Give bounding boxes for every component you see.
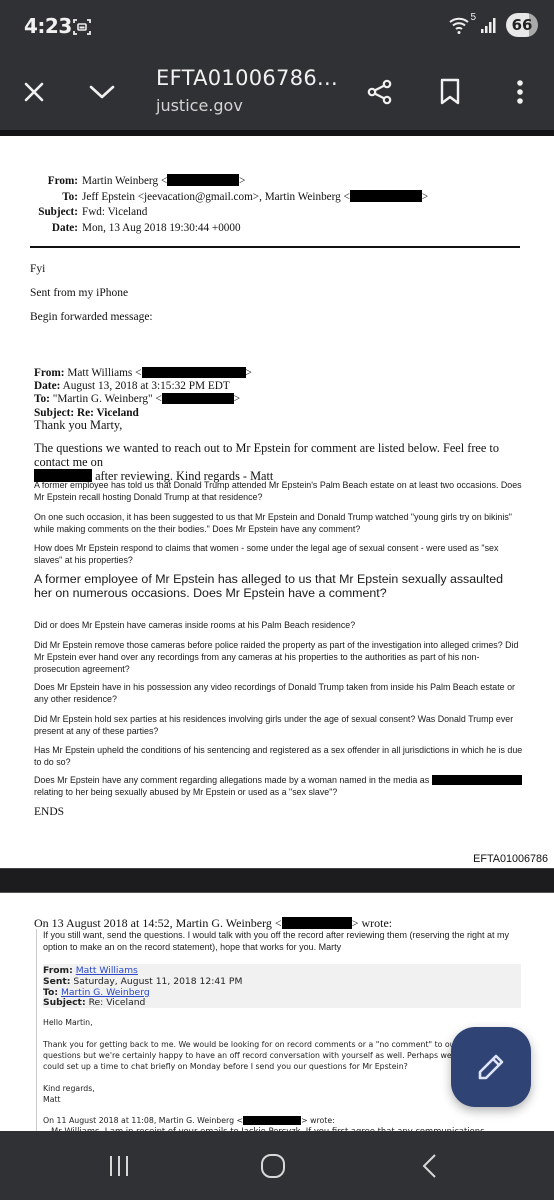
wifi-label: 5	[470, 12, 476, 23]
share-button[interactable]	[360, 72, 400, 112]
edit-fab-button[interactable]	[451, 1027, 531, 1107]
close-icon	[22, 80, 46, 104]
home-icon	[260, 1153, 286, 1179]
from-value: Martin Weinberg <>	[82, 174, 245, 190]
redaction	[350, 190, 422, 202]
page-separator	[0, 868, 554, 893]
question-4: A former employee of Mr Epstein has alle…	[34, 572, 524, 600]
question-3: How does Mr Epstein respond to claims th…	[34, 542, 524, 566]
question-9: Has Mr Epstein upheld the conditions of …	[34, 744, 524, 768]
recent-apps-icon	[107, 1154, 131, 1178]
close-button[interactable]	[14, 72, 54, 112]
redaction	[282, 917, 352, 929]
question-5: Did or does Mr Epstein have cameras insi…	[34, 619, 524, 631]
hello-text: Hello Martin,	[43, 1017, 513, 1028]
chevron-down-icon	[88, 82, 116, 102]
redaction	[243, 1116, 301, 1125]
header-divider	[30, 246, 520, 248]
question-7: Does Mr Epstein have in his possession a…	[34, 681, 524, 705]
bates-number: EFTA01006786	[473, 853, 548, 865]
document-title: EFTA01006786...	[156, 66, 338, 90]
bookmark-icon	[439, 78, 461, 106]
question-1: A former employee has told us that Donal…	[34, 479, 524, 503]
back-button[interactable]	[410, 1151, 450, 1181]
date-label: Date:	[0, 221, 82, 237]
begin-forwarded-text: Begin forwarded message:	[30, 311, 153, 323]
from-link[interactable]: Matt Williams	[76, 965, 138, 976]
status-icons: 5 66	[448, 13, 538, 37]
quoted-thread: If you still want, send the questions. I…	[36, 929, 522, 1155]
battery-icon: 66	[506, 13, 538, 37]
redaction	[167, 174, 239, 186]
kind-regards-text: Kind regards,	[43, 1083, 513, 1094]
back-icon	[421, 1153, 439, 1179]
edit-pencil-icon	[476, 1052, 506, 1082]
subject-value: Fwd: Viceland	[82, 205, 147, 221]
share-icon	[366, 78, 394, 106]
collapse-button[interactable]	[82, 72, 122, 112]
document-domain: justice.gov	[156, 96, 338, 115]
from-label: From:	[0, 174, 82, 190]
wifi-icon	[448, 15, 472, 35]
more-options-button[interactable]	[500, 72, 540, 112]
to-value: Jeff Epstein <jeevacation@gmail.com>, Ma…	[82, 190, 428, 206]
recent-apps-button[interactable]	[99, 1151, 139, 1181]
screenshot-icon	[72, 18, 92, 36]
document-page-1: From: Martin Weinberg <> To: Jeff Epstei…	[0, 136, 554, 868]
subject-label: Subject:	[0, 205, 82, 221]
fyi-text: Fyi	[30, 263, 45, 275]
status-time: 4:23	[24, 14, 72, 38]
signature-text: Matt	[43, 1094, 513, 1105]
redaction	[162, 393, 234, 404]
ends-text: ENDS	[34, 806, 64, 818]
redaction	[142, 367, 246, 378]
inner-email-header: From: Matt Williams Sent: Saturday, Augu…	[43, 964, 521, 1008]
question-8: Did Mr Epstein hold sex parties at his r…	[34, 713, 524, 737]
reply-text: If you still want, send the questions. I…	[43, 929, 523, 953]
redaction	[432, 775, 522, 785]
page-title-block[interactable]: EFTA01006786... justice.gov	[156, 66, 338, 115]
intro-text: The questions we wanted to reach out to …	[34, 441, 524, 483]
to-label: To:	[0, 190, 82, 206]
more-vert-icon	[516, 79, 524, 105]
home-button[interactable]	[253, 1151, 293, 1181]
question-10: Does Mr Epstein have any comment regardi…	[34, 774, 524, 798]
date-value: Mon, 13 Aug 2018 19:30:44 +0000	[82, 221, 241, 237]
to-link[interactable]: Martin G. Weinberg	[61, 987, 150, 998]
forwarded-header: From: Matt Williams <> Date: August 13, …	[34, 367, 252, 420]
browser-top-bar: 4:23 5 66 E	[0, 0, 554, 136]
sent-from-text: Sent from my iPhone	[30, 287, 128, 299]
question-2: On one such occasion, it has been sugges…	[34, 511, 524, 535]
bookmark-button[interactable]	[430, 72, 470, 112]
question-6: Did Mr Epstein remove those cameras befo…	[34, 639, 524, 676]
signal-icon	[480, 16, 498, 34]
email-header: From: Martin Weinberg <> To: Jeff Epstei…	[0, 174, 428, 236]
message-text: Thank you for getting back to me. We wou…	[43, 1039, 458, 1073]
reply-attribution-2: On 11 August 2018 at 11:08, Martin G. We…	[43, 1115, 513, 1126]
system-nav-bar	[0, 1131, 554, 1200]
greeting-text: Thank you Marty,	[34, 418, 122, 433]
